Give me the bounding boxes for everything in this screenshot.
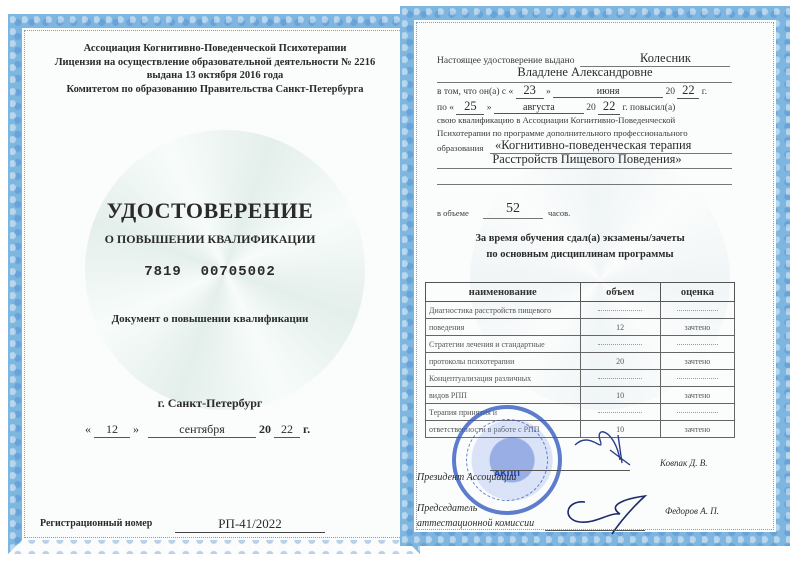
- to-day: 25: [456, 99, 484, 115]
- president-label: Президент Ассоциации: [417, 472, 516, 483]
- hours-label: в объеме: [437, 208, 469, 218]
- table-row-continued: протоколы психотерапии20зачтено: [426, 353, 735, 370]
- quote-close: »: [133, 422, 139, 436]
- issuer-name: Ассоциация Когнитивно-Поведенческой Псих…: [40, 42, 390, 56]
- organization-stamp: АКПП: [452, 405, 562, 515]
- president-signature-line: [490, 470, 630, 471]
- document-type: Документ о повышении квалификации: [60, 313, 360, 325]
- quote-open: «: [85, 422, 91, 436]
- exam-name-line-1: Диагностика расстройств пищевого: [426, 302, 581, 319]
- program-underline-3: [437, 184, 732, 185]
- table-row: Диагностика расстройств пищевого: [426, 302, 735, 319]
- from-year-unit: г.: [702, 87, 707, 97]
- volume-dash: [580, 302, 660, 319]
- to-month: августа: [494, 102, 584, 114]
- volume-dash: [580, 336, 660, 353]
- to-year-prefix: 20: [586, 103, 596, 113]
- col-header-name: наименование: [426, 283, 581, 302]
- license-issued-date: выдана 13 октября 2016 года: [40, 69, 390, 83]
- chair-signature: [560, 490, 650, 535]
- exam-volume: 10: [580, 387, 660, 404]
- issuer-header: Ассоциация Когнитивно-Поведенческой Псих…: [40, 42, 390, 96]
- exam-grade: зачтено: [660, 421, 734, 438]
- exam-name-line-2: поведения: [426, 319, 581, 336]
- period-from: в том, что он(а) с « 23 » июня 20 22 г.: [437, 83, 737, 99]
- president-signature: [570, 425, 640, 470]
- president-name: Ковпак Д. В.: [660, 458, 707, 468]
- exam-name-line-1: Стратегии лечения и стандартные: [426, 336, 581, 353]
- grade-dash: [660, 336, 734, 353]
- to-tail: г. повысил(а): [622, 103, 675, 113]
- table-row-continued: поведения12зачтено: [426, 319, 735, 336]
- col-header-volume: объем: [580, 283, 660, 302]
- to-year: 22: [598, 99, 620, 115]
- chair-signature-line: [545, 530, 645, 531]
- license-line: Лицензия на осуществление образовательно…: [40, 56, 390, 70]
- year-unit: г.: [303, 422, 310, 436]
- table-row-continued: видов РПП10зачтено: [426, 387, 735, 404]
- issue-city: г. Санкт-Петербург: [60, 396, 360, 411]
- grade-dash: [660, 370, 734, 387]
- recipient-given-names: Владлене Александровне: [440, 65, 730, 80]
- hours-unit: часов.: [548, 208, 570, 218]
- issue-day: 12: [94, 422, 130, 438]
- table-row: Стратегии лечения и стандартные: [426, 336, 735, 353]
- period-to: по « 25 » августа 20 22 г. повысил(а): [437, 99, 737, 115]
- exam-volume: 12: [580, 319, 660, 336]
- chair-label-2: аттестационной комиссии: [417, 518, 534, 529]
- exams-table: наименование объем оценка Диагностика ра…: [425, 282, 735, 438]
- program-title-line-1: «Когнитивно-поведенческая терапия: [495, 138, 691, 153]
- body-line-2: Психотерапии по программе дополнительног…: [437, 128, 688, 138]
- exam-name-line-1: Концептуализация различных: [426, 370, 581, 387]
- issue-year: 22: [274, 422, 300, 438]
- quote-close: »: [546, 87, 551, 97]
- exam-grade: зачтено: [660, 353, 734, 370]
- issue-date: « 12 » сентября 20 22 г.: [85, 422, 310, 438]
- quote-close: »: [487, 103, 492, 113]
- from-year-prefix: 20: [666, 87, 676, 97]
- from-day: 23: [516, 83, 544, 99]
- chair-name: Федоров А. П.: [665, 506, 719, 516]
- exam-volume: 20: [580, 353, 660, 370]
- exam-name-line-2: протоколы психотерапии: [426, 353, 581, 370]
- chair-label-1: Председатель: [417, 503, 477, 514]
- period-from-label: в том, что он(а) с «: [437, 87, 513, 97]
- volume-dash: [580, 370, 660, 387]
- program-underline-2: [437, 168, 732, 169]
- license-authority: Комитетом по образованию Правительства С…: [40, 83, 390, 97]
- exam-grade: зачтено: [660, 387, 734, 404]
- certificate-subtitle: О ПОВЫШЕНИИ КВАЛИФИКАЦИИ: [60, 232, 360, 247]
- from-month: июня: [553, 86, 663, 98]
- serial-number: 7819 00705002: [60, 264, 360, 280]
- from-year: 22: [677, 83, 699, 99]
- program-title-line-2: Расстройств Пищевого Поведения»: [437, 152, 737, 167]
- period-to-label: по «: [437, 103, 454, 113]
- registration-number: РП-41/2022: [175, 516, 325, 533]
- recipient-surname: Колесник: [640, 51, 691, 66]
- certificate-title: УДОСТОВЕРЕНИЕ: [60, 198, 360, 224]
- body-line-1: свою квалификацию в Ассоциации Когнитивн…: [437, 115, 675, 125]
- hours-value: 52: [483, 201, 543, 217]
- exams-heading-1: За время обучения сдал(а) экзамены/зачет…: [430, 233, 730, 244]
- hours-underline: [483, 218, 543, 219]
- col-header-grade: оценка: [660, 283, 734, 302]
- year-prefix: 20: [259, 422, 271, 436]
- registration-label: Регистрационный номер: [40, 518, 152, 529]
- issue-month: сентября: [148, 422, 256, 438]
- exam-name-line-2: видов РПП: [426, 387, 581, 404]
- volume-dash: [580, 404, 660, 421]
- table-row: Концептуализация различных: [426, 370, 735, 387]
- grade-dash: [660, 302, 734, 319]
- exam-grade: зачтено: [660, 319, 734, 336]
- exams-heading-2: по основным дисциплинам программы: [430, 249, 730, 260]
- grade-dash: [660, 404, 734, 421]
